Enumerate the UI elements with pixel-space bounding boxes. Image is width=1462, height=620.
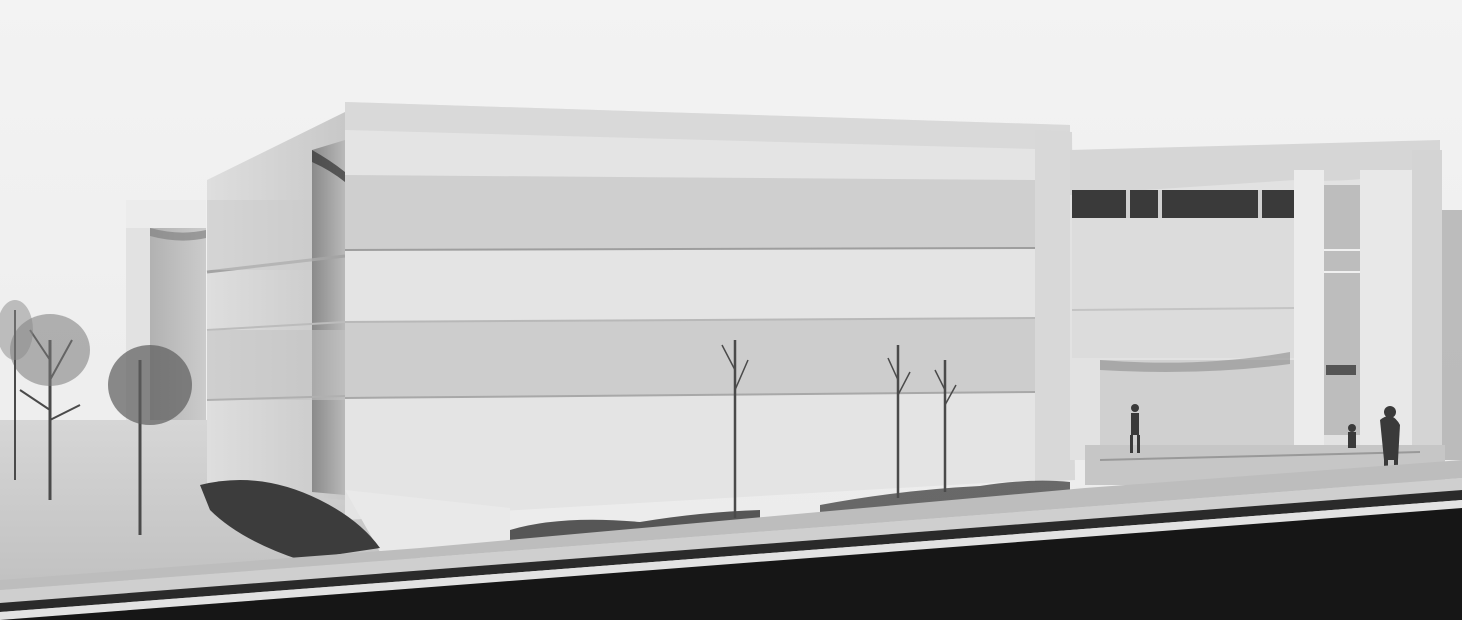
background-foliage bbox=[1440, 210, 1462, 460]
ribbon-windows bbox=[1072, 190, 1294, 218]
building-photograph bbox=[0, 0, 1462, 620]
person bbox=[1348, 424, 1356, 448]
photo-frame: Black-and-white photograph of a large bo… bbox=[0, 0, 1462, 620]
